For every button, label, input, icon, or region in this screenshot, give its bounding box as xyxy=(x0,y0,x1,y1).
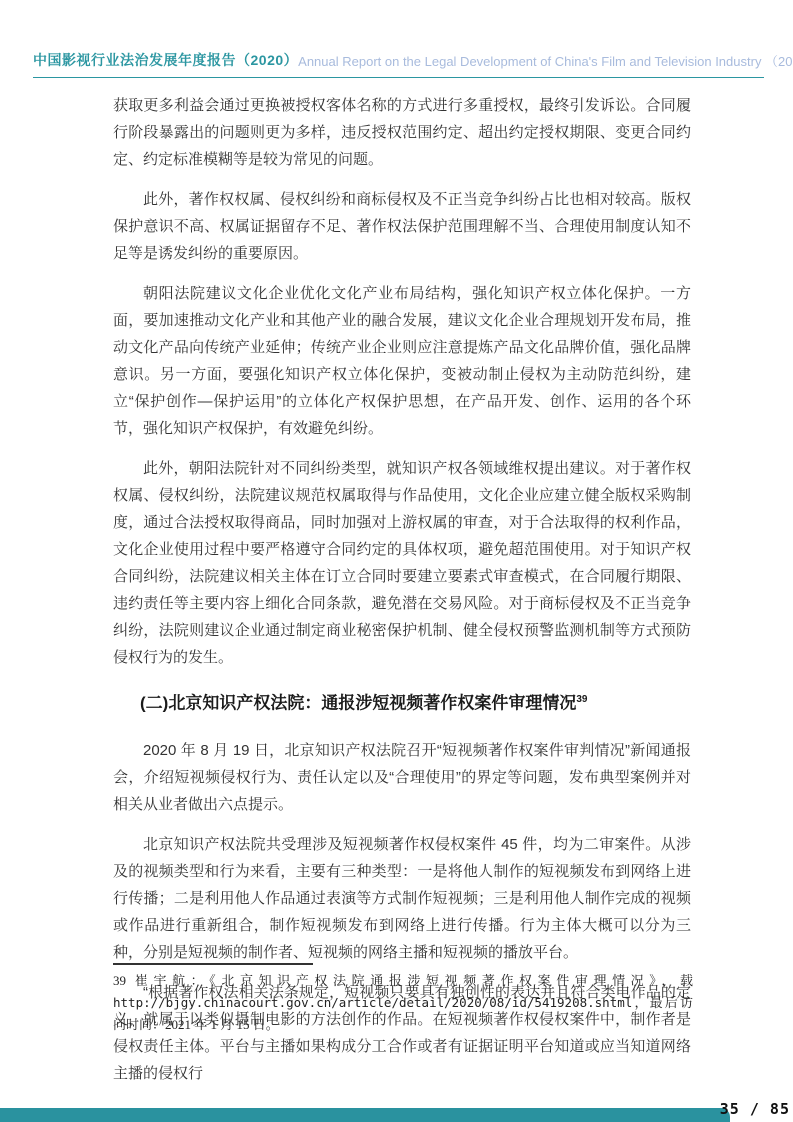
footnote-separator xyxy=(113,963,313,965)
body-content: 获取更多利益会通过更换被授权客体名称的方式进行多重授权，最终引发诉讼。合同履行阶… xyxy=(113,92,691,1100)
paragraph: 获取更多利益会通过更换被授权客体名称的方式进行多重授权，最终引发诉讼。合同履行阶… xyxy=(113,92,691,173)
footnote-reference: 39 xyxy=(576,694,587,705)
section-heading: (二)北京知识产权法院：通报涉短视频著作权案件审理情况39 xyxy=(113,688,691,716)
page-number: 35 / 85 xyxy=(720,1100,790,1118)
paragraph: 北京知识产权法院共受理涉及短视频著作权侵权案件 45 件，均为二审案件。从涉及的… xyxy=(113,831,691,966)
footnote-url: http://bjgy.chinacourt.gov.cn/article/de… xyxy=(113,995,632,1010)
paragraph: 2020 年 8 月 19 日，北京知识产权法院召开“短视频著作权案件审判情况”… xyxy=(113,737,691,818)
paragraph: 此外，朝阳法院针对不同纠纷类型，就知识产权各领域维权提出建议。对于著作权权属、侵… xyxy=(113,455,691,671)
footnote: 39 崔宇航：《北京知识产权法院通报涉短视频著作权案件审理情况》，载 http:… xyxy=(113,963,693,1036)
footnote-text: 39 崔宇航：《北京知识产权法院通报涉短视频著作权案件审理情况》，载 http:… xyxy=(113,970,693,1036)
paragraph: 此外，著作权权属、侵权纠纷和商标侵权及不正当竞争纠纷占比也相对较高。版权保护意识… xyxy=(113,186,691,267)
section-heading-text: (二)北京知识产权法院：通报涉短视频著作权案件审理情况 xyxy=(140,694,576,713)
page-header: 中国影视行业法治发展年度报告（2020） Annual Report on th… xyxy=(33,50,764,78)
footnote-number: 39 xyxy=(113,973,126,988)
paragraph: 朝阳法院建议文化企业优化文化产业布局结构，强化知识产权立体化保护。一方面，要加速… xyxy=(113,280,691,442)
header-title-en: Annual Report on the Legal Development o… xyxy=(298,51,793,70)
footer-accent-bar xyxy=(0,1108,730,1122)
document-page: 中国影视行业法治发展年度报告（2020） Annual Report on th… xyxy=(0,0,793,1122)
header-title-zh: 中国影视行业法治发展年度报告（2020） xyxy=(33,50,298,70)
footnote-citation: 崔宇航：《北京知识产权法院通报涉短视频著作权案件审理情况》，载 xyxy=(135,973,693,988)
